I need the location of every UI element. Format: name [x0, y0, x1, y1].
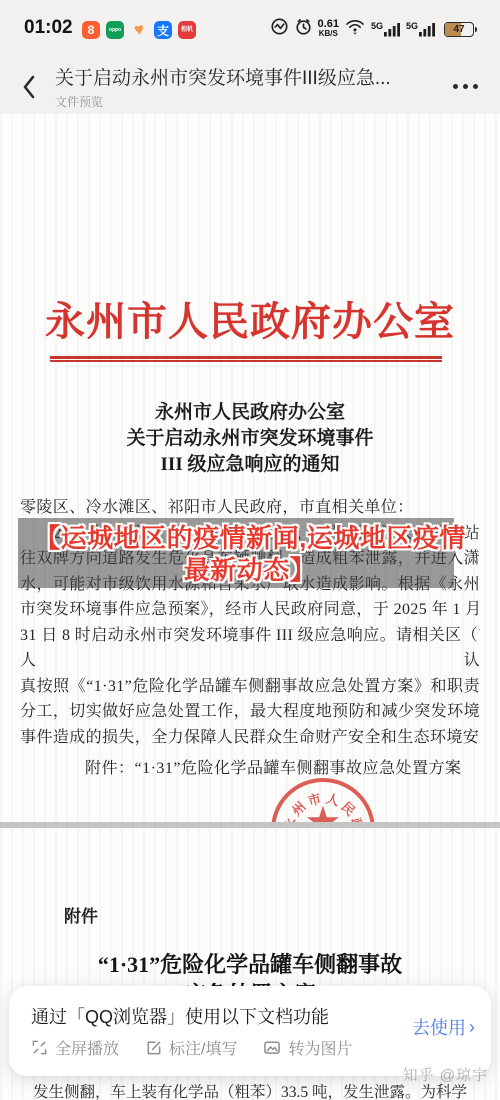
sim1-signal-icon: 5G: [371, 21, 401, 37]
doc-body-line: 市突发环境事件应急预案》，经市人民政府同意，于 2025 年 1 月: [20, 597, 480, 623]
document-page-1[interactable]: 永州市人民政府办公室 永州市人民政府办公室 关于启动永州市突发环境事件 III …: [0, 114, 500, 822]
wifi-icon: [344, 17, 366, 41]
zhihu-watermark: 知乎 @琼宇: [403, 1064, 488, 1085]
doc-body-line-covered: 人 认: [20, 648, 480, 674]
red-app-icon: 相机: [178, 21, 196, 39]
heart-app-icon: ♥: [129, 20, 149, 40]
attachment-line: 附件：“1·31”危险化学品罐车侧翻事故应急处置方案: [85, 755, 462, 778]
page-title: 关于启动永州市突发环境事件III级应急...: [55, 63, 435, 90]
network-speed-value: 0.61: [318, 19, 339, 29]
doc-body-line: 分工，切实做好应急处置工作，最大程度地预防和减少突发环境: [20, 699, 480, 725]
doc-body-line: 31 日 8 时启动永州市突发环境事件 III 级应急响应。请相关区（市）: [20, 623, 480, 649]
status-bar: 01:02 8 oppo ♥ 支 相机 0.61 KB/S: [0, 0, 500, 58]
battery-percent: 47: [445, 23, 473, 36]
doc-body-line: 事件造成的损失，全力保障人民群众生命财产安全和生态环境安全。: [20, 725, 480, 751]
sim2-network-type: 5G: [406, 22, 418, 31]
go-use-label: 去使用: [412, 1014, 466, 1040]
network-speed-unit: KB/S: [319, 29, 338, 39]
data-usage-icon: [270, 17, 289, 41]
chevron-right-icon: ›: [469, 1017, 475, 1038]
status-bar-right: 0.61 KB/S 5G 5G: [270, 16, 474, 42]
fullscreen-icon: [31, 1039, 48, 1056]
attachment-label: 附件: [64, 902, 98, 927]
spam-overlay-text: 【运城地区的疫情新闻,运城地区疫情 最新动态】: [0, 522, 500, 586]
doc-title-line: 关于启动永州市突发环境事件: [0, 423, 500, 450]
annotate-icon: [145, 1039, 162, 1056]
more-options-button[interactable]: [453, 76, 478, 96]
nav-bar: 关于启动永州市突发环境事件III级应急... 文件预览: [0, 58, 500, 114]
to-image-icon: [263, 1039, 281, 1056]
doc-title-line: 永州市人民政府办公室: [0, 397, 500, 424]
covered-line-right: 认: [464, 648, 480, 674]
go-use-button[interactable]: 去使用 ›: [412, 1014, 475, 1040]
kuaishou-app-icon: 8: [82, 21, 100, 39]
clock-time: 01:02: [24, 17, 73, 39]
back-button[interactable]: [12, 70, 46, 104]
spam-overlay-line2: 最新动态】: [0, 554, 500, 586]
qq-browser-bottom-sheet: 通过「QQ浏览器」使用以下文档功能 去使用 › 全屏播放 标注/填写: [9, 986, 491, 1076]
annotate-fill-button[interactable]: 标注/填写: [145, 1036, 237, 1059]
fullscreen-label: 全屏播放: [55, 1036, 119, 1059]
covered-line-left: 人: [20, 648, 36, 674]
attachment-title-line1: “1·31”危险化学品罐车侧翻事故: [0, 948, 500, 979]
annotate-label: 标注/填写: [169, 1036, 237, 1059]
doc-function-row: 全屏播放 标注/填写 转为图片: [31, 1036, 352, 1059]
sim2-signal-icon: 5G: [406, 21, 436, 37]
network-speed: 0.61 KB/S: [318, 19, 339, 39]
sim1-network-type: 5G: [371, 22, 383, 31]
notification-app-icons: 8 oppo ♥ 支 相机: [82, 21, 196, 39]
letterhead-rule: [50, 356, 442, 362]
phone-screen: 01:02 8 oppo ♥ 支 相机 0.61 KB/S: [0, 0, 500, 1100]
fullscreen-play-button[interactable]: 全屏播放: [31, 1036, 119, 1059]
battery-icon: 47: [444, 22, 474, 37]
doc-title-line: III 级应急响应的通知: [0, 449, 500, 476]
doc-body-line: 零陵区、冷水滩区、祁阳市人民政府，市直相关单位：: [20, 495, 480, 521]
doc-body-line: 真按照《“1·31”危险化学品罐车侧翻事故应急处置方案》和职责: [20, 674, 480, 700]
convert-to-image-button[interactable]: 转为图片: [263, 1036, 352, 1059]
spam-overlay-line1: 【运城地区的疫情新闻,运城地区疫情: [0, 522, 500, 554]
page-subtitle: 文件预览: [55, 93, 435, 110]
alipay-app-icon: 支: [154, 21, 172, 39]
to-image-label: 转为图片: [288, 1036, 352, 1059]
doc-letterhead: 永州市人民政府办公室: [0, 290, 500, 347]
alarm-clock-icon: [294, 17, 313, 41]
nav-titles: 关于启动永州市突发环境事件III级应急... 文件预览: [55, 63, 435, 110]
green-app-icon: oppo: [106, 21, 124, 39]
sheet-title: 通过「QQ浏览器」使用以下文档功能: [31, 1003, 329, 1029]
